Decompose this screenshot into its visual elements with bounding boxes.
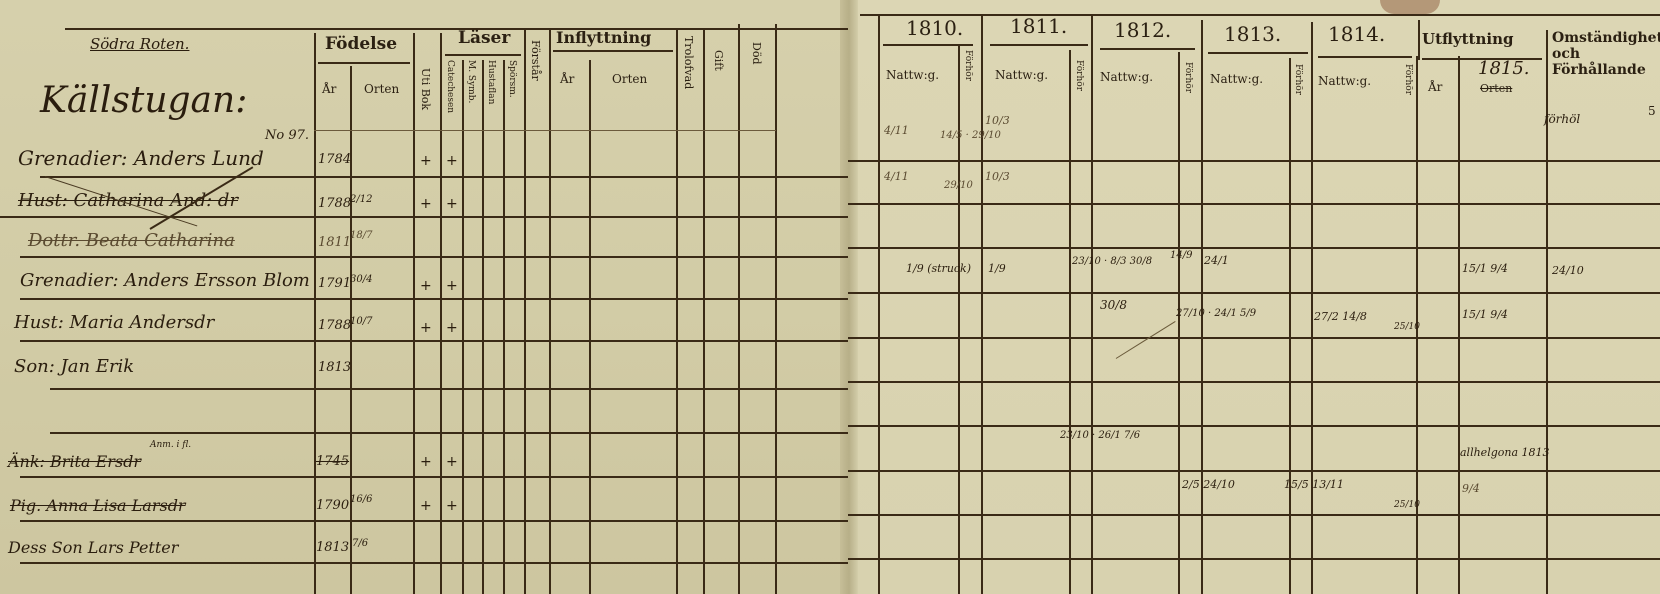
- nattvg-1813: 24/1: [1204, 254, 1229, 267]
- header-forhor: Förhör: [1403, 64, 1413, 95]
- person-name: Änk: Brita Ersdr: [8, 452, 141, 471]
- header-nattvg: Nattw:g.: [1100, 70, 1153, 84]
- col-line: [1178, 52, 1180, 594]
- col-line: [440, 33, 442, 594]
- nattvg-1810: 4/11: [884, 170, 909, 183]
- header-rule: [318, 62, 410, 64]
- col-line: [1201, 20, 1203, 594]
- col-line: [503, 60, 505, 594]
- row-line: [848, 160, 1660, 162]
- header-inflyttning: Inflyttning: [556, 28, 651, 47]
- row-line: [20, 256, 848, 258]
- forhor-1812: 14/9: [1170, 250, 1192, 261]
- row-line: [40, 176, 848, 178]
- header-laser: Läser: [458, 28, 510, 48]
- person-annotation: Anm. i fl.: [150, 440, 191, 450]
- header-forhor: Förhör: [963, 50, 973, 81]
- row-line: [20, 340, 848, 342]
- mark-catechesen: +: [446, 196, 458, 212]
- birth-year: 1791: [318, 276, 351, 291]
- mark-catechesen: +: [446, 320, 458, 336]
- forhor-1810: 29/10: [944, 180, 973, 191]
- header-utfl-ar: År: [1428, 80, 1442, 94]
- birth-year: 1784: [318, 152, 351, 167]
- header-forhor: Förhör: [1293, 64, 1303, 95]
- header-infl-orten: Orten: [612, 72, 647, 86]
- row-line: [848, 203, 1660, 205]
- col-line: [462, 60, 464, 594]
- utfl-date: 9/4: [1462, 482, 1480, 495]
- header-rule: [553, 50, 673, 52]
- row-line: [848, 381, 1660, 383]
- nattvg-1812: 30/8: [1100, 298, 1127, 312]
- row-line: [20, 476, 848, 478]
- birth-year: 1811: [318, 235, 351, 250]
- mark-catechesen: +: [446, 498, 458, 514]
- col-line: [482, 60, 484, 594]
- birth-year: 1813: [316, 540, 349, 555]
- header-nattvg: Nattw:g.: [1210, 72, 1263, 86]
- omst-note: förhöl: [1544, 112, 1580, 126]
- header-utflyttning: Utflyttning: [1422, 30, 1514, 48]
- col-line: [1091, 16, 1093, 594]
- top-rule: [860, 14, 1660, 16]
- person-name: Dottr. Beata Catharina: [28, 230, 235, 251]
- header-dod: Död: [750, 42, 763, 64]
- header-rule: [883, 44, 973, 46]
- birth-year: 1788: [318, 318, 351, 333]
- utfl-note: allhelgona 1813: [1460, 446, 1550, 459]
- person-name: Hust: Catharina And: dr: [18, 190, 238, 211]
- forhor-1810: 14/5 · 29/10: [940, 130, 1001, 141]
- header-forhor: Förhör: [1183, 62, 1193, 93]
- header-nattvg: Nattw:g.: [886, 68, 939, 82]
- nattvg-1812: 23/10 · 8/3 30/8: [1072, 256, 1152, 267]
- nattvg-1811: 10/3: [985, 170, 1010, 183]
- nattvg-1814: 27/2 14/8: [1314, 310, 1367, 323]
- row-line: [848, 425, 1660, 427]
- omst-date: 24/10: [1552, 264, 1584, 277]
- header-rule: [1100, 48, 1195, 50]
- nattvg-1810: 1/9 (struck): [906, 262, 971, 275]
- col-line: [775, 24, 777, 594]
- row-line: [848, 514, 1660, 516]
- col-line: [413, 33, 415, 594]
- nattvg-1813: 2/5 24/10: [1182, 478, 1235, 491]
- row-line: [20, 520, 848, 522]
- header-sporsmal: Spörsm.: [507, 60, 517, 98]
- utfl-year: 1815.: [1478, 58, 1530, 79]
- nattvg-1814: 15/5 13/11: [1284, 478, 1344, 491]
- col-line: [1069, 50, 1071, 594]
- col-line: [549, 30, 551, 594]
- row-line: [848, 292, 1660, 294]
- header-m-symb: M. Symb.: [466, 60, 476, 103]
- person-name: Pig. Anna Lisa Larsdr: [10, 496, 186, 515]
- nattvg-1810: 4/11: [884, 124, 909, 137]
- row-line: [20, 562, 848, 564]
- header-rule: [990, 44, 1088, 46]
- mark-catechesen: +: [446, 454, 458, 470]
- col-line: [958, 44, 960, 594]
- col-line: [878, 16, 880, 594]
- header-infl-ar: År: [560, 72, 574, 86]
- birth-date: 16/6: [350, 494, 372, 505]
- row-line: [20, 298, 848, 300]
- nattvg-1811: 10/3: [985, 114, 1010, 127]
- header-utfl-orten: Orten: [1480, 82, 1512, 95]
- farm-title: Källstugan:: [40, 80, 247, 121]
- row-line: [848, 247, 1660, 249]
- row-line: [848, 558, 1660, 560]
- row-line: [50, 432, 848, 434]
- mark-uti-bok: +: [420, 454, 432, 470]
- header-catechesen: Catechesen: [445, 60, 455, 113]
- utfl-date: 15/1 9/4: [1462, 308, 1508, 321]
- row-line: [50, 388, 848, 390]
- header-rule: [445, 54, 521, 56]
- header-omstandigheter: Omständigheter och Förhållande: [1552, 30, 1660, 82]
- mark-catechesen: +: [446, 153, 458, 169]
- header-gift: Gift: [712, 50, 725, 71]
- right-page: [848, 0, 1660, 594]
- header-nattvg: Nattw:g.: [995, 68, 1048, 82]
- person-name: Son: Jan Erik: [14, 356, 134, 377]
- row-line: [0, 216, 848, 218]
- col-line: [524, 30, 526, 594]
- person-name: Grenadier: Anders Ersson Blom: [20, 270, 310, 291]
- header-hustaflan: Hustaflan: [486, 60, 496, 104]
- nattvg-1813: 27/10 · 24/1 5/9: [1176, 308, 1256, 319]
- forhor-1814: 25/10: [1394, 322, 1420, 332]
- header-forhor: Förhör: [1074, 60, 1084, 91]
- mark-catechesen: +: [446, 278, 458, 294]
- header-rule: [1318, 56, 1412, 58]
- book-gutter: [840, 0, 858, 594]
- mark-uti-bok: +: [420, 153, 432, 169]
- person-name: Hust: Maria Andersdr: [14, 312, 214, 333]
- col-line: [703, 30, 705, 594]
- header-bottom-rule: [314, 130, 776, 131]
- col-line: [589, 60, 591, 594]
- col-line: [981, 14, 983, 594]
- person-name: Dess Son Lars Petter: [8, 538, 178, 557]
- header-year-1813: 1813.: [1224, 22, 1281, 46]
- page-mark: 5: [1648, 104, 1656, 118]
- forhor-1814: 25/10: [1394, 500, 1420, 510]
- row-line: [848, 337, 1660, 339]
- paper-stain: [1380, 0, 1440, 14]
- mark-uti-bok: +: [420, 498, 432, 514]
- birth-year: 1813: [318, 360, 351, 375]
- birth-date: 7/6: [352, 538, 368, 549]
- birth-date: 2/12: [350, 194, 372, 205]
- header-uti-bok: Uti Bok: [419, 68, 432, 110]
- birth-year: 1745: [316, 454, 349, 469]
- header-fodelse: Födelse: [325, 34, 397, 54]
- header-year-1810: 1810.: [906, 16, 963, 40]
- col-line: [676, 30, 678, 594]
- person-name: Grenadier: Anders Lund: [18, 146, 264, 170]
- header-year-1811: 1811.: [1010, 14, 1067, 38]
- birth-date: 30/4: [350, 274, 372, 285]
- utfl-date: 15/1 9/4: [1462, 262, 1508, 275]
- birth-year: 1790: [316, 498, 349, 513]
- header-nattvg: Nattw:g.: [1318, 74, 1371, 88]
- col-line: [738, 24, 740, 594]
- header-forstar: Förstår: [529, 40, 542, 81]
- household-number: No 97.: [265, 128, 309, 143]
- header-ar: År: [322, 82, 336, 96]
- mark-uti-bok: +: [420, 196, 432, 212]
- top-rule: [65, 28, 848, 30]
- header-year-1814: 1814.: [1328, 22, 1385, 46]
- header-year-1812: 1812.: [1114, 18, 1171, 42]
- district-title: Södra Roten.: [90, 35, 189, 53]
- birth-date: 10/7: [350, 316, 372, 327]
- col-line: [1418, 20, 1420, 60]
- mark-uti-bok: +: [420, 320, 432, 336]
- row-line: [848, 470, 1660, 472]
- header-trolofvad: Trolofvad: [682, 36, 695, 89]
- birth-date: 18/7: [350, 230, 372, 241]
- mark-uti-bok: +: [420, 278, 432, 294]
- birth-year: 1788: [318, 196, 351, 211]
- nattvg-1812: 23/10 · 26/1 7/6: [1060, 430, 1140, 441]
- header-orten: Orten: [364, 82, 399, 96]
- nattvg-1811: 1/9: [988, 262, 1006, 275]
- header-rule: [1208, 52, 1308, 54]
- col-line: [1311, 22, 1313, 594]
